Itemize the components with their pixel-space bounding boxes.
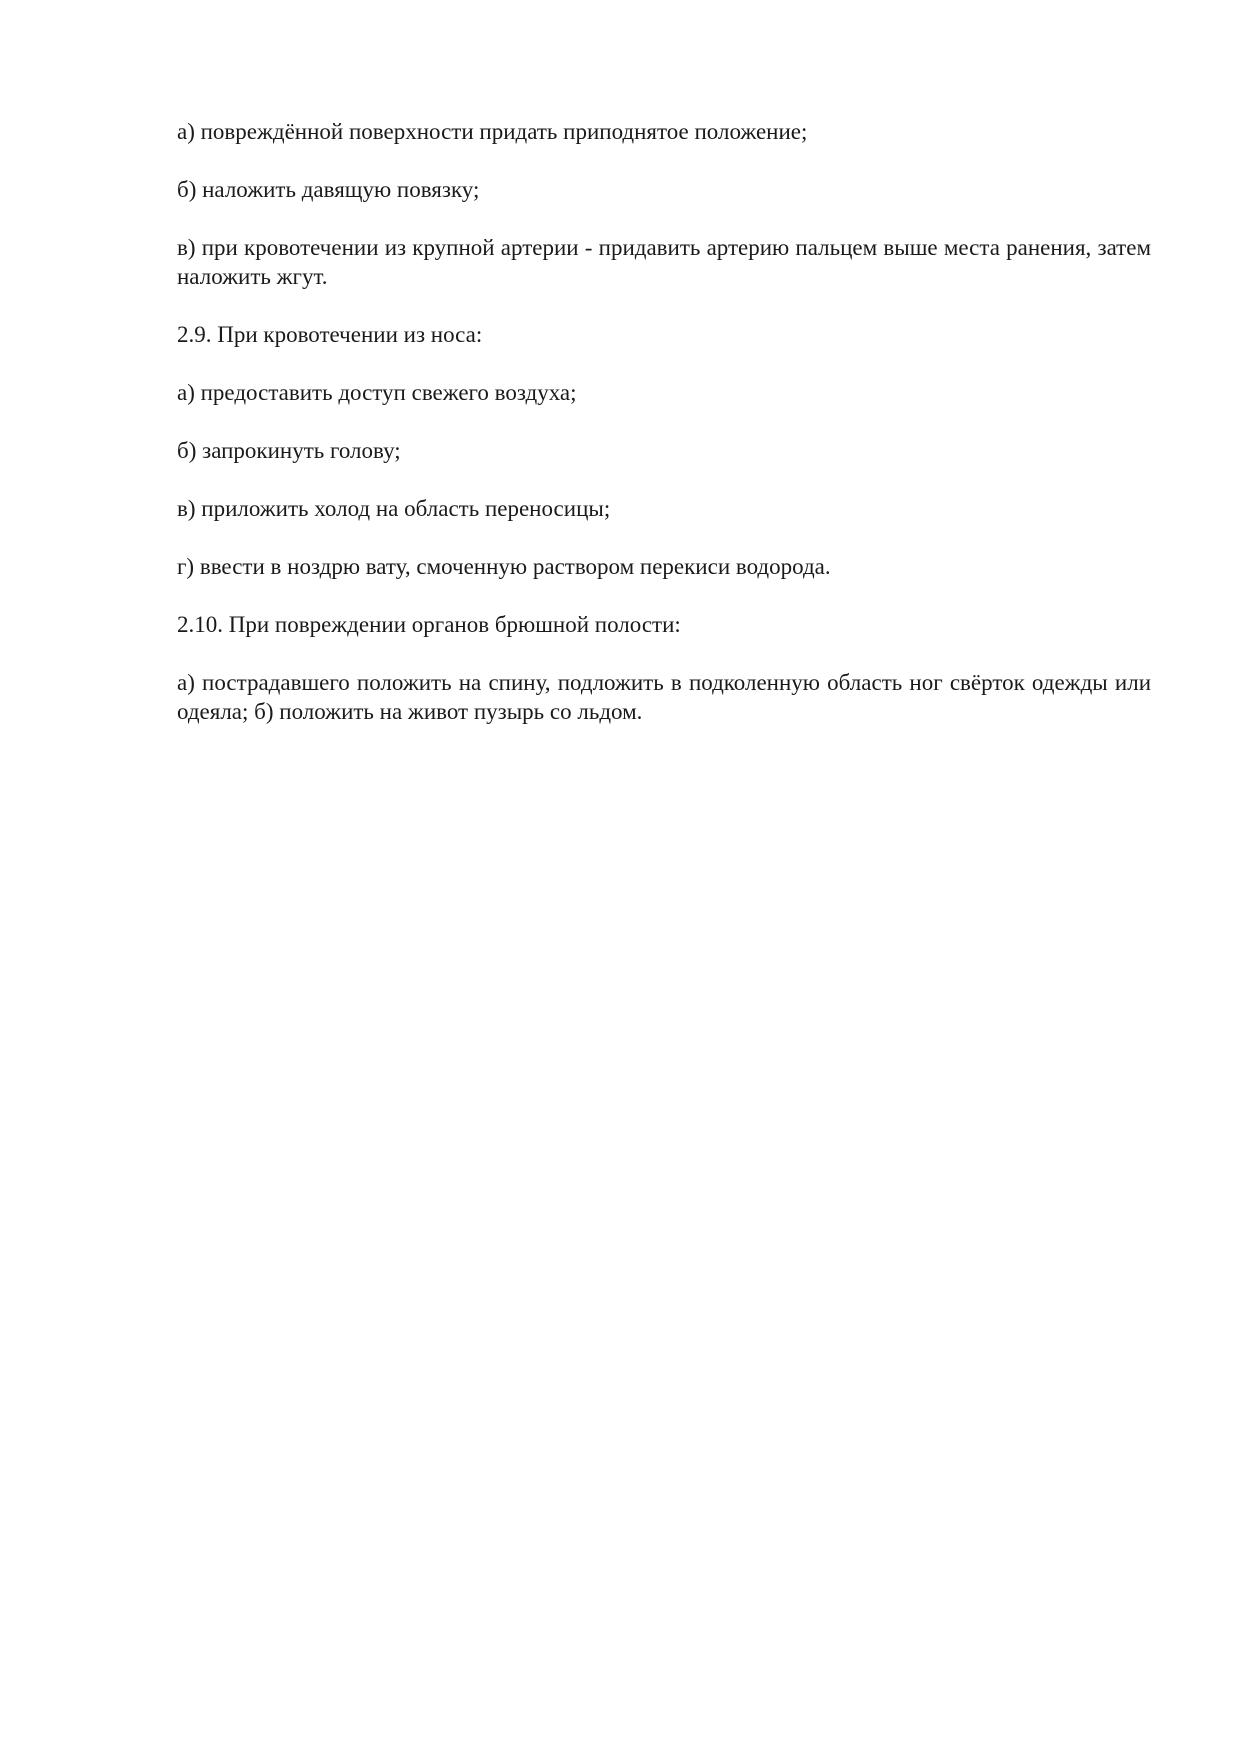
section-heading-abdominal-injury: 2.10. При повреждении органов брюшной по…	[177, 610, 1151, 639]
list-item-pressure-bandage: б) наложить давящую повязку;	[177, 175, 1151, 204]
list-item-cold-compress: в) приложить холод на область переносицы…	[177, 494, 1151, 523]
document-body: а) повреждённой поверхности придать прип…	[177, 117, 1151, 755]
section-heading-nosebleed: 2.9. При кровотечении из носа:	[177, 320, 1151, 349]
list-item-fresh-air: а) предоставить доступ свежего воздуха;	[177, 378, 1151, 407]
list-item-abdominal-care: а) пострадавшего положить на спину, подл…	[177, 668, 1151, 726]
list-item-cotton-peroxide: г) ввести в ноздрю вату, смоченную раств…	[177, 552, 1151, 581]
list-item-artery-bleeding: в) при кровотечении из крупной артерии -…	[177, 233, 1151, 291]
list-item-tilt-head: б) запрокинуть голову;	[177, 436, 1151, 465]
list-item-raise-injured-surface: а) повреждённой поверхности придать прип…	[177, 117, 1151, 146]
document-page: а) повреждённой поверхности придать прип…	[0, 0, 1240, 1755]
